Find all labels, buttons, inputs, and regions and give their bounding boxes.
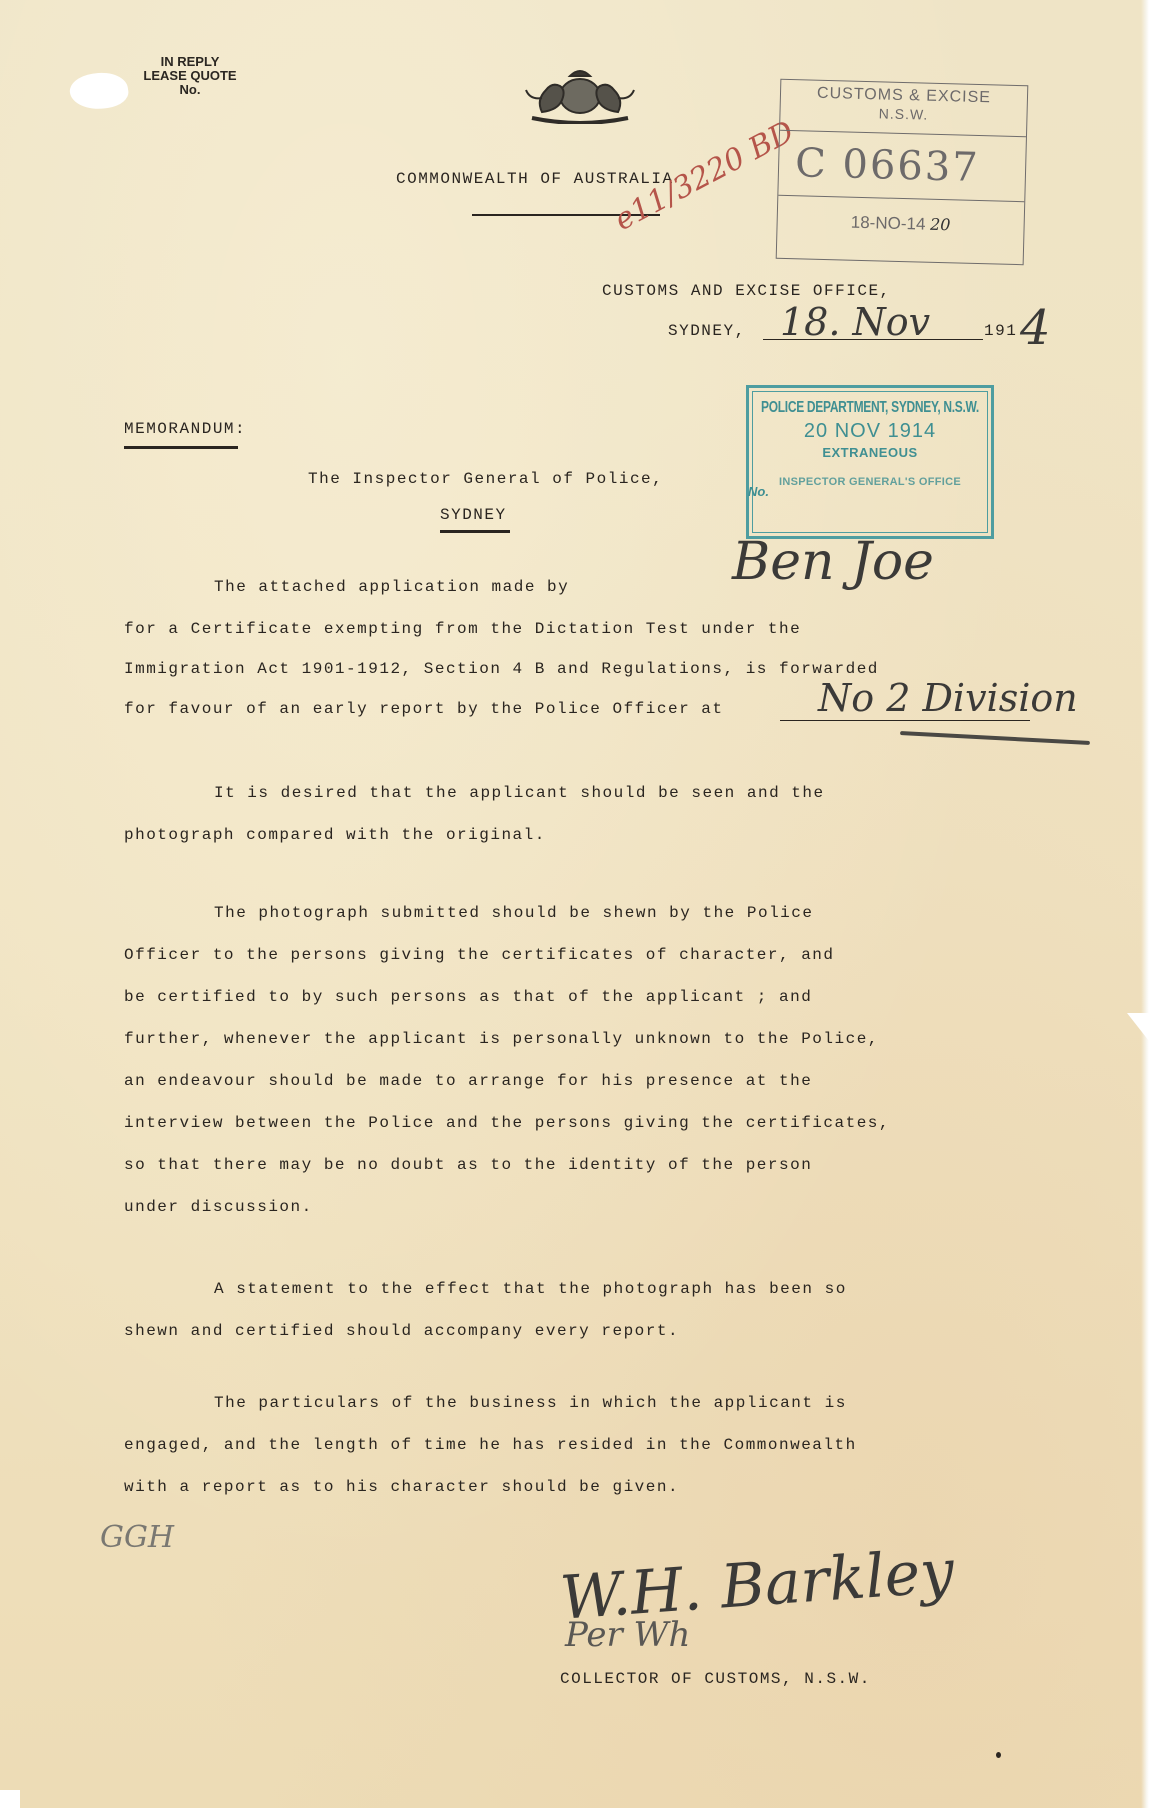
p1-line2: for a Certificate exempting from the Dic… [124,620,801,638]
p3-line: an endeavour should be made to arrange f… [124,1072,812,1090]
coat-of-arms-icon [512,62,648,124]
police-stamp: POLICE DEPARTMENT, SYDNEY, N.S.W. 20 NOV… [746,385,994,539]
p4-line: A statement to the effect that the photo… [214,1280,847,1298]
p4-line: shewn and certified should accompany eve… [124,1322,679,1340]
reply-note-line: No. [130,83,250,97]
police-stamp-date: 20 NOV 1914 [749,420,991,443]
addressee: The Inspector General of Police, [308,470,663,488]
police-stamp-office: INSPECTOR GENERAL'S OFFICE [749,476,991,488]
police-stamp-title: POLICE DEPARTMENT, SYDNEY, N.S.W. [749,398,991,416]
p2-line: It is desired that the applicant should … [214,784,825,802]
reply-note: IN REPLY LEASE QUOTE No. [130,55,250,97]
p3-line: be certified to by such persons as that … [124,988,812,1006]
p3-line: Officer to the persons giving the certif… [124,946,835,964]
addressee-city: SYDNEY [440,506,507,524]
police-stamp-no-label: No. [748,484,769,499]
year-prefix: 191 [984,322,1017,340]
signatory-title: COLLECTOR OF CUSTOMS, N.S.W. [560,1670,871,1688]
p1-line1: The attached application made by [214,578,569,596]
signature-per: Per Wh [565,1615,690,1655]
page-edge [1141,0,1149,1808]
year-handwritten: 4 [1020,300,1051,356]
p2-line: photograph compared with the original. [124,826,546,844]
p5-line: engaged, and the length of time he has r… [124,1436,857,1454]
p3-line: The photograph submitted should be shewn… [214,904,813,922]
p3-line: interview between the Police and the per… [124,1114,890,1132]
p1-line3: Immigration Act 1901-1912, Section 4 B a… [124,660,879,678]
police-stamp-category: EXTRANEOUS [749,445,991,460]
p1-line4: for favour of an early report by the Pol… [124,700,723,718]
heading-underline [124,446,238,449]
date-handwritten: 18. Nov [780,300,930,344]
customs-stamp-initials: 20 [930,215,951,235]
p5-line: The particulars of the business in which… [214,1394,847,1412]
ink-dot [996,1752,1001,1758]
p3-line: so that there may be no doubt as to the … [124,1156,812,1174]
place-label: SYDNEY, [668,322,746,340]
reply-note-line: IN REPLY [130,55,250,69]
paper-tear [0,1790,20,1808]
p3-line: further, whenever the applicant is perso… [124,1030,879,1048]
reply-note-line: LEASE QUOTE [130,69,250,83]
p5-line: with a report as to his character should… [124,1478,679,1496]
customs-stamp: CUSTOMS & EXCISE N.S.W. C 06637 18-NO-14… [776,79,1029,265]
division-line [780,720,1030,721]
initials-handwritten: GGH [100,1520,174,1555]
office-name: CUSTOMS AND EXCISE OFFICE, [602,282,891,300]
p3-line: under discussion. [124,1198,313,1216]
division-handwritten: No 2 Division [818,676,1078,720]
applicant-name: Ben Joe [732,532,934,592]
city-underline [440,530,510,533]
customs-stamp-number: C 06637 [778,131,1026,202]
memorandum-heading: MEMORANDUM: [124,420,246,438]
customs-stamp-date: 18-NO-14 [851,213,926,234]
country-heading: COMMONWEALTH OF AUSTRALIA [396,170,674,188]
